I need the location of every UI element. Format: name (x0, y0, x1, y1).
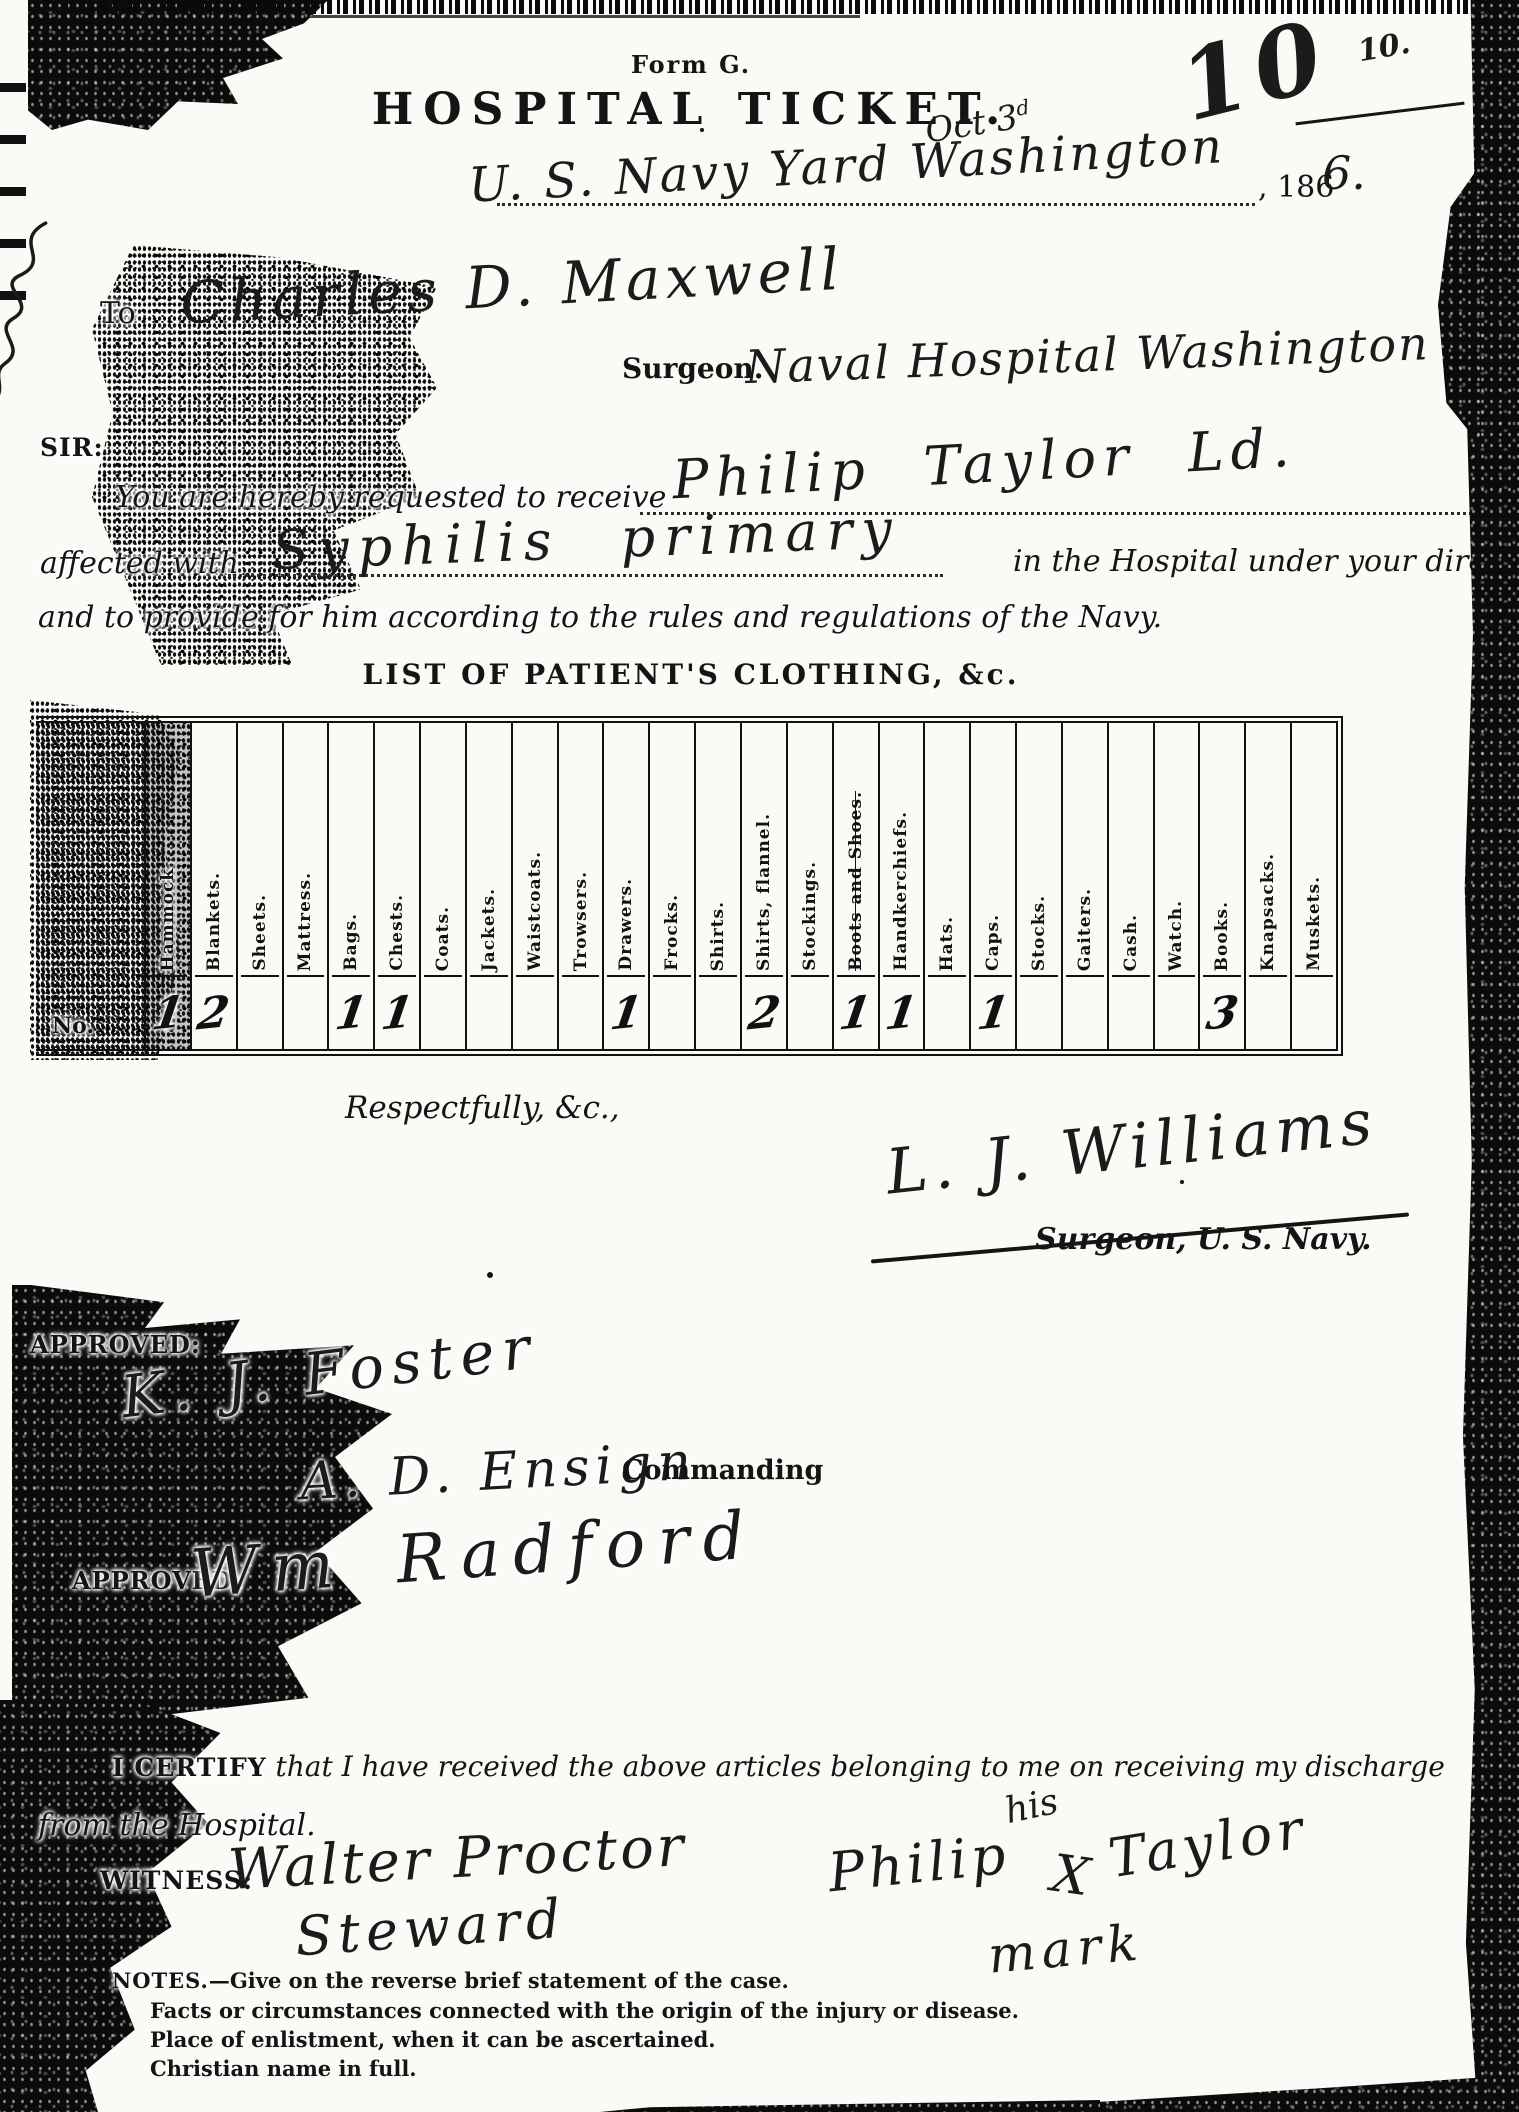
clothing-column-stocks: Stocks. (1017, 723, 1063, 1049)
place-dotted-line (497, 203, 1255, 206)
clothing-column-waistcoats: Waistcoats. (513, 723, 559, 1049)
column-header-watch: Watch. (1166, 900, 1186, 971)
clothing-column-coats: Coats. (421, 723, 467, 1049)
column-header-shirts: Shirts. (708, 901, 728, 971)
surgeon-title: Surgeon, U. S. Navy. (1035, 1222, 1372, 1257)
clothing-column-watch: Watch. (1155, 723, 1201, 1049)
patient-mark-x: X (1048, 1844, 1093, 1909)
column-header-drawers: Drawers. (616, 878, 636, 971)
column-value-bags: 1 (332, 986, 371, 1040)
column-header-trowsers: Trowsers. (571, 871, 591, 971)
commanding-label: Commanding (622, 1455, 823, 1486)
corner-number-small: 10. (1355, 26, 1412, 70)
column-value-hammock: 1 (149, 986, 188, 1040)
clothing-column-shirts-flannel: Shirts, flannel.2 (742, 723, 788, 1049)
column-value-drawers: 1 (607, 986, 646, 1040)
patient-mark-last: Taylor (1104, 1797, 1312, 1891)
clothing-column-shirts: Shirts. (696, 723, 742, 1049)
clothing-table-columns: Hammock.1Blankets.2Sheets.Mattress.Bags.… (146, 723, 1336, 1049)
clothing-column-stockings: Stockings. (788, 723, 834, 1049)
addressee-handwritten: Charles D. Maxwell (179, 235, 846, 338)
clothing-column-handkerchiefs: Handkerchiefs.1 (880, 723, 926, 1049)
scan-artifact-right-bump (1438, 165, 1480, 445)
column-header-books: Books. (1212, 901, 1232, 971)
patient-his: his (1001, 1781, 1062, 1832)
certify-lead: I CERTIFY (112, 1753, 267, 1782)
notes-line-2: Facts or circumstances connected with th… (150, 1998, 1019, 2023)
patient-mark-word: mark (986, 1913, 1146, 1984)
column-header-handkerchiefs: Handkerchiefs. (891, 811, 911, 971)
column-header-waistcoats: Waistcoats. (525, 851, 545, 971)
respectfully-text: Respectfully, &c., (345, 1090, 620, 1126)
patient-mark-first: Philip (825, 1823, 1012, 1905)
margin-handwriting-scribble (0, 210, 76, 420)
affected-with-label: affected with (40, 546, 239, 581)
column-value-caps: 1 (974, 986, 1013, 1040)
scan-speck (1180, 1180, 1184, 1184)
notes-text-1: —Give on the reverse brief statement of … (209, 1968, 789, 1993)
patient-name-handwritten: Philip Taylor Ld. (671, 416, 1298, 512)
clothing-column-frocks: Frocks. (650, 723, 696, 1049)
clothing-column-sheets: Sheets. (238, 723, 284, 1049)
clothing-column-caps: Caps.1 (971, 723, 1017, 1049)
column-value-shirts-flannel: 2 (745, 986, 784, 1040)
direction-text: in the Hospital under your direction. (1013, 544, 1519, 579)
clothing-column-drawers: Drawers.1 (604, 723, 650, 1049)
scan-speck (487, 1272, 493, 1278)
column-header-chests: Chests. (387, 894, 407, 971)
provide-text: and to provide for him according to the … (38, 600, 1162, 635)
clothing-table: No. Hammock.1Blankets.2Sheets.Mattress.B… (36, 716, 1343, 1056)
scan-artifact-bottom-right-corner (1085, 2075, 1519, 2112)
column-header-stockings: Stockings. (800, 861, 820, 971)
diagnosis-dotted-line (228, 574, 943, 577)
notes-line-4: Christian name in full. (150, 2056, 417, 2081)
clothing-column-cash: Cash. (1109, 723, 1155, 1049)
clothing-column-books: Books.3 (1200, 723, 1246, 1049)
column-header-frocks: Frocks. (662, 894, 682, 971)
column-header-cash: Cash. (1121, 914, 1141, 971)
column-header-boots-and-shoes: Boots and Shoes. (846, 791, 866, 971)
clothing-column-trowsers: Trowsers. (559, 723, 605, 1049)
notes-line-1: NOTES.—Give on the reverse brief stateme… (112, 1968, 789, 1993)
column-header-caps: Caps. (983, 914, 1003, 971)
hospital-ticket-document: Form G. HOSPITAL TICKET. 10 10. Oct 3d U… (0, 0, 1519, 2112)
clothing-column-knapsacks: Knapsacks. (1246, 723, 1292, 1049)
notes-label: NOTES. (112, 1968, 209, 1993)
column-header-mattress: Mattress. (295, 872, 315, 971)
row-label-no: No. (52, 1013, 94, 1039)
clothing-column-jackets: Jackets. (467, 723, 513, 1049)
clothing-column-hats: Hats. (925, 723, 971, 1049)
scan-artifact-bottom-strip (600, 2100, 1100, 2112)
column-header-gaiters: Gaiters. (1075, 888, 1095, 971)
clothing-column-hammock: Hammock.1 (146, 723, 192, 1049)
witness-title: Steward (293, 1887, 568, 1969)
clothing-column-chests: Chests.1 (375, 723, 421, 1049)
clothing-column-gaiters: Gaiters. (1063, 723, 1109, 1049)
approved-label-1: APPROVED: (30, 1330, 201, 1359)
column-value-boots-and-shoes: 1 (836, 986, 875, 1040)
date-year-handwritten: 6. (1322, 146, 1366, 200)
column-header-muskets: Muskets. (1304, 876, 1324, 971)
column-header-coats: Coats. (433, 906, 453, 971)
column-value-blankets: 2 (194, 986, 233, 1040)
certify-line: I CERTIFY that I have received the above… (112, 1750, 1445, 1783)
clothing-column-mattress: Mattress. (284, 723, 330, 1049)
clothing-column-bags: Bags.1 (329, 723, 375, 1049)
column-header-bags: Bags. (341, 913, 361, 971)
station-handwritten: Naval Hospital Washington D.C. (744, 312, 1519, 394)
column-header-hammock: Hammock. (158, 861, 178, 971)
notes-line-3: Place of enlistment, when it can be asce… (150, 2027, 716, 2052)
column-header-stocks: Stocks. (1029, 895, 1049, 971)
column-header-sheets: Sheets. (250, 894, 270, 971)
clothing-table-no-cell: No. (36, 723, 146, 1049)
clothing-column-muskets: Muskets. (1292, 723, 1336, 1049)
clothing-column-boots-and-shoes: Boots and Shoes.1 (834, 723, 880, 1049)
column-header-blankets: Blankets. (204, 872, 224, 971)
clothing-list-title: LIST OF PATIENT'S CLOTHING, &c. (0, 658, 1382, 691)
certify-text: that I have received the above articles … (276, 1750, 1445, 1783)
column-value-handkerchiefs: 1 (882, 986, 921, 1040)
to-label: To (100, 296, 136, 331)
column-header-hats: Hats. (937, 916, 957, 971)
clothing-column-blankets: Blankets.2 (192, 723, 238, 1049)
column-header-jackets: Jackets. (479, 888, 499, 971)
column-header-shirts-flannel: Shirts, flannel. (754, 813, 774, 971)
column-value-chests: 1 (378, 986, 417, 1040)
surgeon-signature: L. J. Williams (883, 1084, 1382, 1208)
sir-label: SIR: (40, 433, 104, 462)
scan-artifact-top-cut-text (65, 0, 1519, 14)
surgeon-label: Surgeon. (622, 352, 764, 385)
column-header-knapsacks: Knapsacks. (1258, 853, 1278, 971)
column-value-books: 3 (1203, 986, 1242, 1040)
